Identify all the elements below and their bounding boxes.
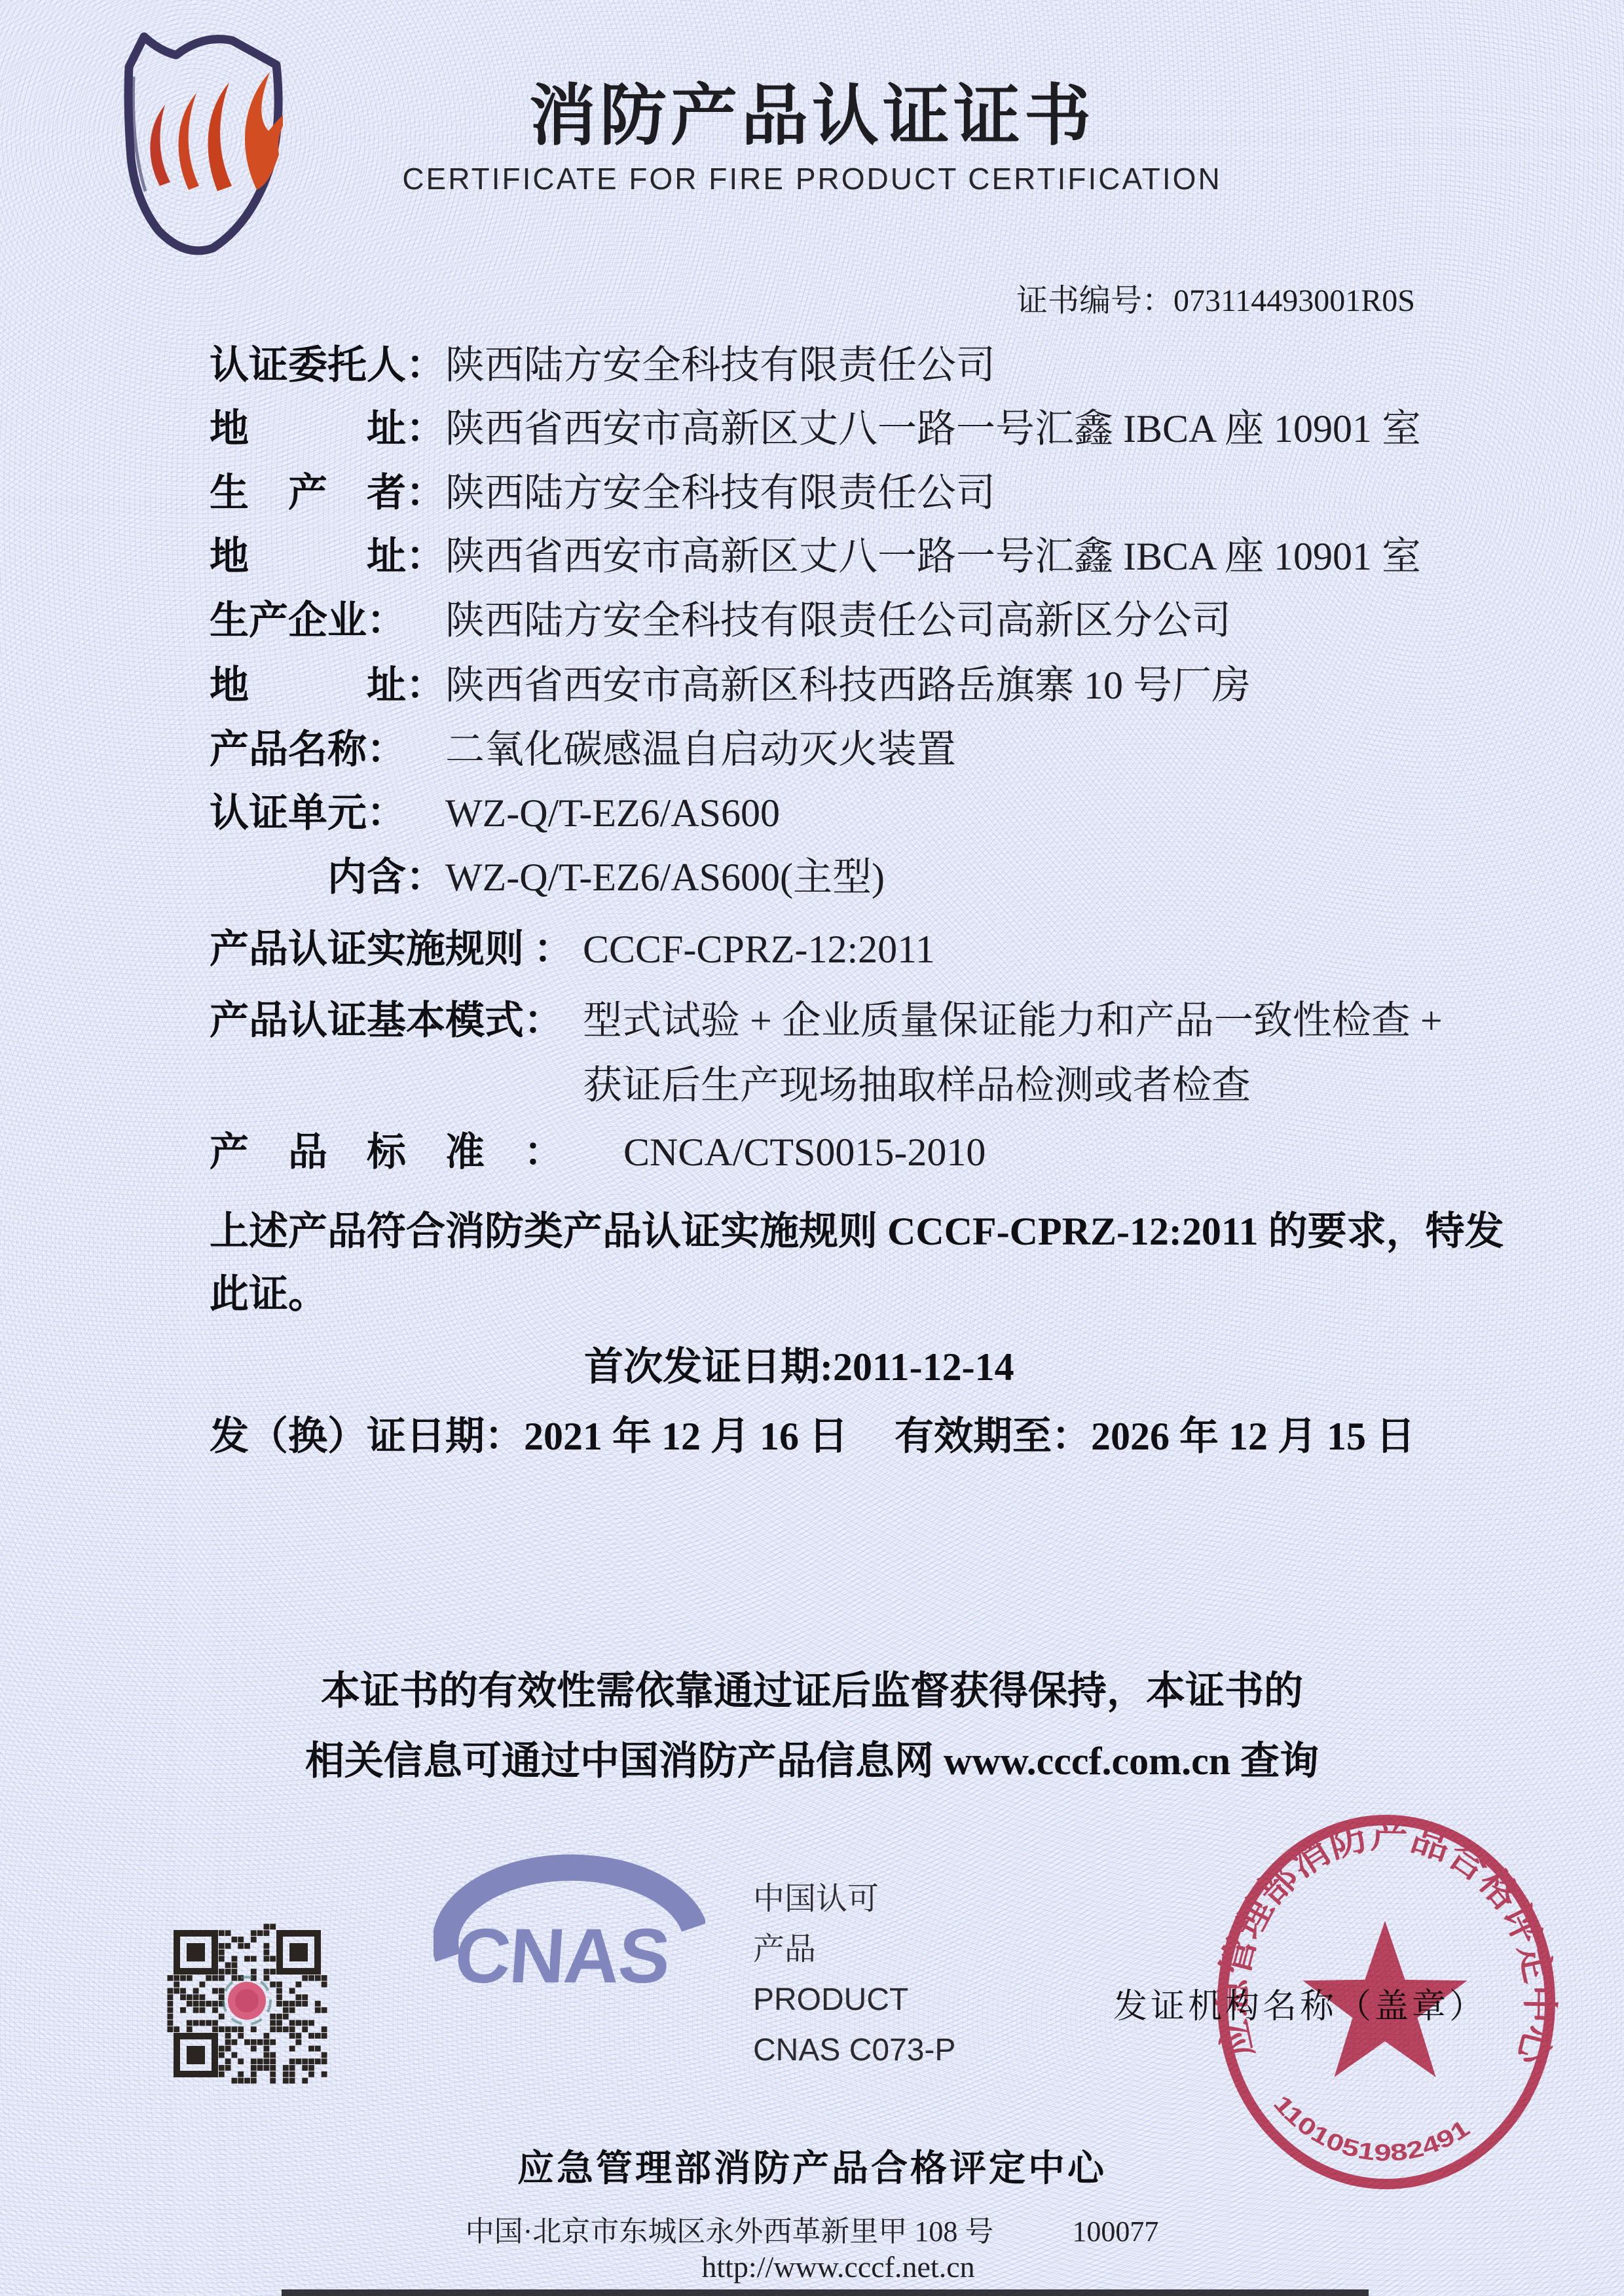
cnas-letters: CNAS — [452, 1913, 672, 1999]
certificate-number-label: 证书编号： — [1016, 283, 1173, 318]
field-row: 认证委托人：陕西陆方安全科技有限责任公司 — [210, 344, 995, 387]
issue-dates-row: 发（换）证日期：2021 年 12 月 16 日 有效期至：2026 年 12 … — [210, 1405, 848, 1461]
field-value: WZ-Q/T-EZ6/AS600 — [445, 792, 780, 835]
qr-code-icon — [167, 1923, 327, 2084]
field-value: 陕西陆方安全科技有限责任公司 — [445, 344, 995, 387]
field-value: 陕西省西安市高新区丈八一路一号汇鑫 IBCA 座 10901 室 — [445, 535, 1421, 578]
field-label: 生 产 者： — [210, 471, 445, 515]
field-label: 地 址： — [210, 535, 445, 578]
validity-note-line1: 本证书的有效性需依靠通过证后监督获得保持，本证书的 — [0, 1660, 1624, 1716]
scan-edge-bar — [282, 2289, 1369, 2296]
field-row: 地 址：陕西省西安市高新区丈八一路一号汇鑫 IBCA 座 10901 室 — [210, 407, 1421, 450]
cnas-caption-line: 产品 — [753, 1924, 955, 1975]
valid-until-value: 2026 年 12 月 15 日 — [1091, 1415, 1415, 1458]
org-address: 中国·北京市东城区永外西革新里甲 108 号 — [466, 2215, 994, 2248]
field-row: 产品认证实施规则 ：CCCF-CPRZ-12:2011 — [210, 928, 935, 971]
field-row: 地 址：陕西省西安市高新区丈八一路一号汇鑫 IBCA 座 10901 室 — [210, 535, 1421, 578]
valid-until-label: 有效期至： — [895, 1415, 1091, 1458]
validity-note-line2: 相关信息可通过中国消防产品信息网 www.cccf.com.cn 查询 — [0, 1730, 1624, 1786]
field-value: 陕西省西安市高新区科技西路岳旗寨 10 号厂房 — [445, 664, 1251, 707]
cnas-logo-icon: CNAS — [434, 1854, 705, 2044]
field-label: 地 址： — [210, 664, 445, 707]
org-address-line: 中国·北京市东城区永外西革新里甲 108 号100077 — [0, 2208, 1624, 2250]
cnas-caption: 中国认可 产品 PRODUCT CNAS C073-P — [753, 1874, 955, 2075]
field-label: 生产企业： — [210, 599, 445, 642]
page-subtitle: CERTIFICATE FOR FIRE PRODUCT CERTIFICATI… — [0, 161, 1624, 196]
field-label: 产品名称： — [210, 728, 445, 771]
field-value: 陕西省西安市高新区丈八一路一号汇鑫 IBCA 座 10901 室 — [445, 407, 1421, 450]
certificate-number: 证书编号：073114493001R0S — [1016, 275, 1415, 320]
field-value: 型式试验 + 企业质量保证能力和产品一致性检查 + — [583, 999, 1443, 1042]
certificate-sheet: 消防产品认证证书 CERTIFICATE FOR FIRE PRODUCT CE… — [0, 0, 1624, 2296]
field-label: 产品认证实施规则 ： — [210, 928, 583, 971]
field-value: WZ-Q/T-EZ6/AS600(主型) — [445, 856, 885, 899]
valid-until: 有效期至：2026 年 12 月 15 日 — [895, 1405, 1415, 1461]
field-label: 认证委托人： — [210, 344, 445, 387]
field-value: 获证后生产现场抽取样品检测或者检查 — [583, 1064, 1251, 1107]
field-row: 产品认证基本模式：型式试验 + 企业质量保证能力和产品一致性检查 + — [210, 999, 1443, 1042]
field-label: 产品认证基本模式： — [210, 999, 583, 1042]
field-row: 生 产 者：陕西陆方安全科技有限责任公司 — [210, 471, 995, 515]
org-postcode: 100077 — [1072, 2215, 1158, 2248]
field-value: 二氧化碳感温自启动灭火装置 — [445, 728, 956, 771]
field-row: 获证后生产现场抽取样品检测或者检查 — [210, 1064, 1251, 1107]
field-label: 地 址： — [210, 407, 445, 450]
compliance-statement-line2: 此证。 — [210, 1263, 327, 1319]
cnas-caption-line: 中国认可 — [753, 1874, 955, 1924]
org-url: http://www.cccf.net.cn — [26, 2250, 1624, 2284]
reissue-date-value: 2021 年 12 月 16 日 — [524, 1415, 848, 1458]
field-label: 内含： — [210, 856, 445, 899]
cnas-caption-line: PRODUCT — [753, 1975, 955, 2025]
field-row: 产品名称：二氧化碳感温自启动灭火装置 — [210, 728, 956, 771]
field-row: 产 品 标 准 ：CNCA/CTS0015-2010 — [210, 1131, 986, 1174]
field-row: 认证单元：WZ-Q/T-EZ6/AS600 — [210, 792, 780, 835]
field-value: CCCF-CPRZ-12:2011 — [583, 928, 935, 971]
field-label: 产 品 标 准 ： — [210, 1131, 623, 1174]
field-row: 地 址：陕西省西安市高新区科技西路岳旗寨 10 号厂房 — [210, 664, 1251, 707]
field-row: 生产企业：陕西陆方安全科技有限责任公司高新区分公司 — [210, 599, 1231, 642]
certificate-number-value: 073114493001R0S — [1173, 283, 1415, 318]
field-value: 陕西陆方安全科技有限责任公司 — [445, 471, 995, 515]
field-value: CNCA/CTS0015-2010 — [623, 1131, 986, 1174]
stamp-star-icon — [1302, 1921, 1467, 2077]
field-row: 内含：WZ-Q/T-EZ6/AS600(主型) — [210, 856, 885, 899]
official-stamp-icon: 应急管理部消防产品合格评定中心 1101051982491 — [1208, 1806, 1565, 2198]
field-label: 认证单元： — [210, 792, 445, 835]
page-title: 消防产品认证证书 — [0, 63, 1624, 158]
field-value: 陕西陆方安全科技有限责任公司高新区分公司 — [445, 599, 1231, 642]
first-issue-date: 首次发证日期:2011-12-14 — [584, 1336, 1014, 1392]
qr-center-emblem-icon — [223, 1977, 270, 2024]
reissue-date-label: 发（换）证日期： — [210, 1415, 524, 1458]
cnas-caption-line: CNAS C073-P — [753, 2025, 955, 2075]
compliance-statement-line1: 上述产品符合消防类产品认证实施规则 CCCF-CPRZ-12:2011 的要求，… — [210, 1200, 1504, 1256]
